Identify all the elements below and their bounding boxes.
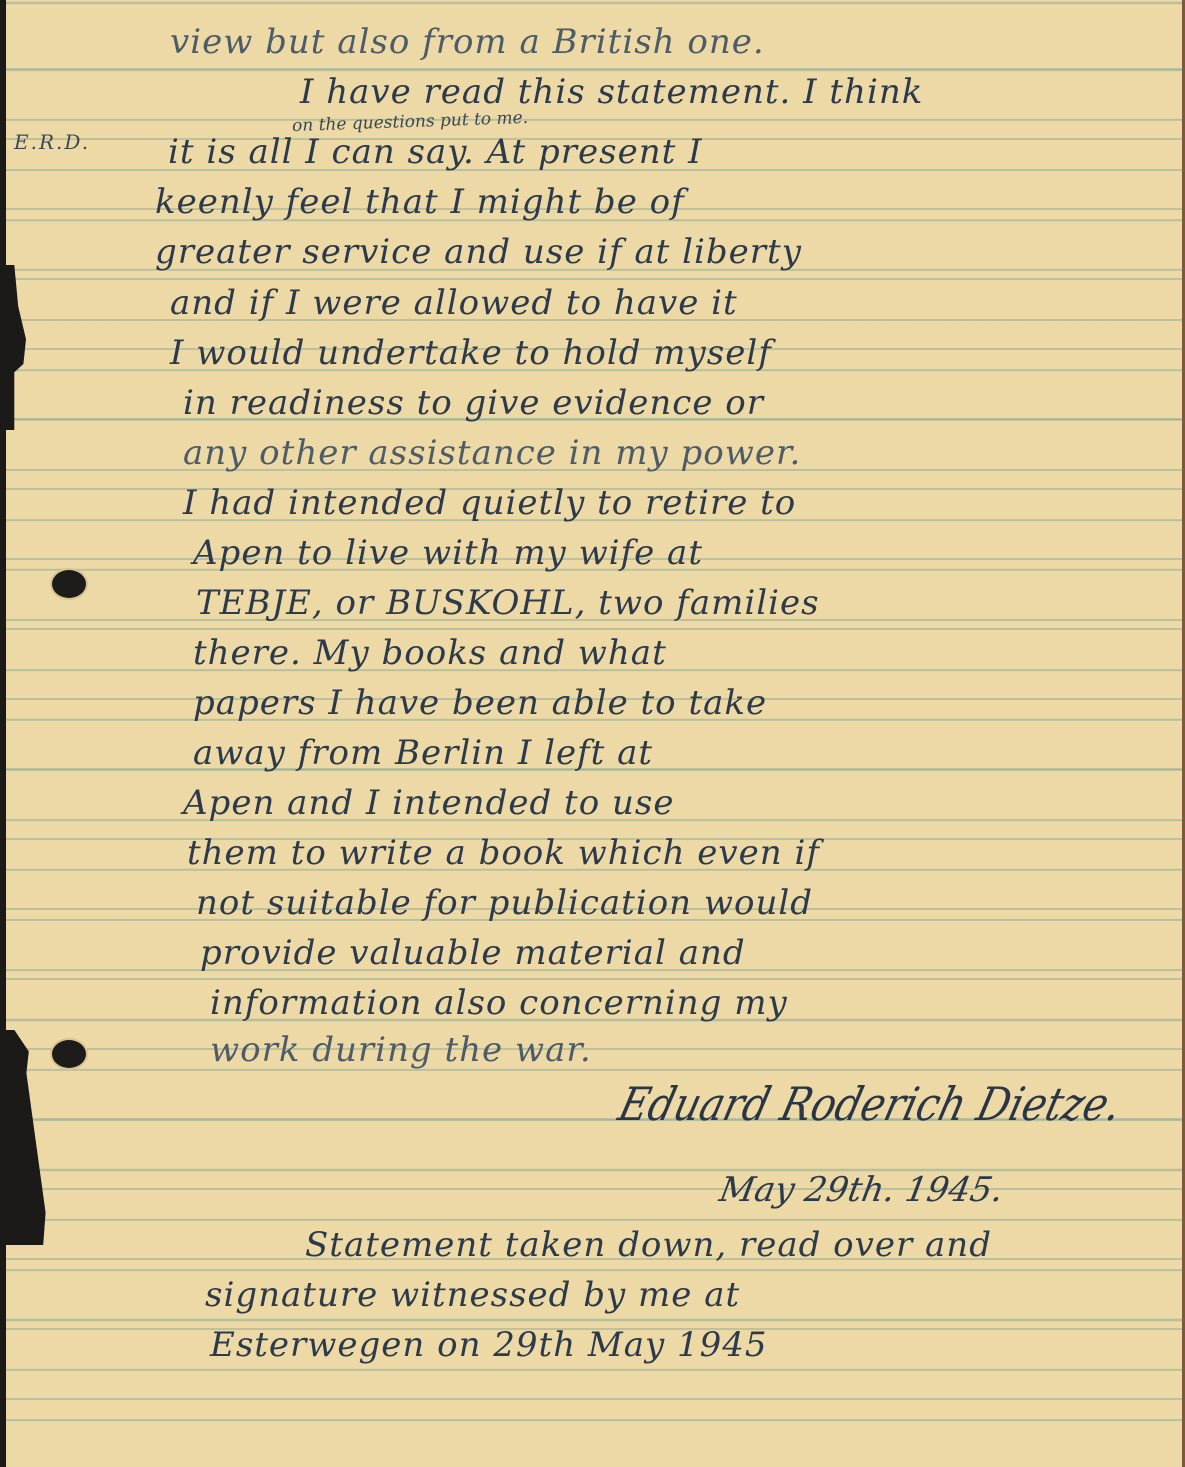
binding-hole-icon xyxy=(52,1040,86,1068)
body-line: I would undertake to hold myself xyxy=(170,333,772,373)
body-line: greater service and use if at liberty xyxy=(155,232,802,272)
binding-hole-icon xyxy=(52,570,86,598)
signature: Eduard Roderich Dietze. xyxy=(613,1079,1126,1132)
body-line: keenly feel that I might be of xyxy=(155,182,685,222)
body-line: in readiness to give evidence or xyxy=(183,383,764,423)
body-line: away from Berlin I left at xyxy=(193,733,653,773)
body-line: Apen to live with my wife at xyxy=(193,533,703,573)
body-line: papers I have been able to take xyxy=(193,683,767,723)
body-line: I have read this statement. I think xyxy=(300,72,923,112)
body-line: view but also from a British one. xyxy=(170,22,765,62)
body-line: work during the war. xyxy=(210,1030,592,1070)
body-line: I had intended quietly to retire to xyxy=(183,483,796,523)
body-line: and if I were allowed to have it xyxy=(170,283,738,323)
body-line: it is all I can say. At present I xyxy=(168,132,703,172)
body-line: provide valuable material and xyxy=(200,933,746,973)
torn-left-edge xyxy=(0,0,6,1467)
witness-line: Esterwegen on 29th May 1945 xyxy=(210,1325,768,1365)
body-line: any other assistance in my power. xyxy=(183,433,801,473)
body-line: Apen and I intended to use xyxy=(183,783,674,823)
body-line: TEBJE, or BUSKOHL, two families xyxy=(196,583,820,623)
document-page: E.R.D. view but also from a British one.… xyxy=(0,0,1185,1467)
signature-date: May 29th. 1945. xyxy=(716,1170,1006,1210)
body-line: them to write a book which even if xyxy=(187,833,820,873)
witness-line: Statement taken down, read over and xyxy=(305,1225,992,1265)
margin-initials: E.R.D. xyxy=(14,130,90,154)
body-line: not suitable for publication would xyxy=(196,883,813,923)
body-line: there. My books and what xyxy=(193,633,667,673)
witness-line: signature witnessed by me at xyxy=(205,1275,740,1315)
body-line: information also concerning my xyxy=(210,983,788,1023)
